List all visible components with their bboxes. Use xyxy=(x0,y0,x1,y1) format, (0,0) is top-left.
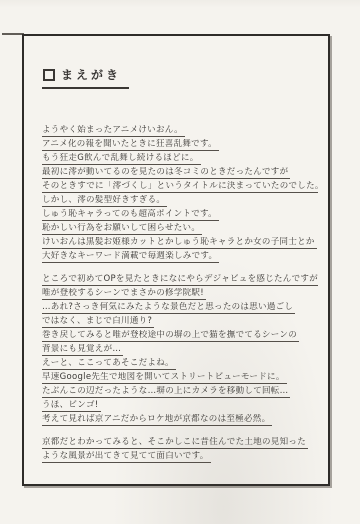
text-line: しかし、澪の髪型好きすぎる。 xyxy=(42,195,167,207)
text-line: 京都だとわかってみると、そこかしこに昔住んでた土地の見知った xyxy=(42,437,308,449)
text-line: 早速Google先生で地図を開いてストリートビューモードに。 xyxy=(42,372,287,384)
text-line: アニメ化の報を聞いたときに狂喜乱舞です。 xyxy=(42,139,219,151)
text-line: ような風景が出てきて見てて面白いです。 xyxy=(42,451,211,463)
page-title: まえがき xyxy=(42,66,129,89)
text-line: …あれ?さっき何気にみたような景色だと思ったのは思い過ごし xyxy=(42,302,295,314)
text-line: 最初に澪が動いてるのを見たのは冬コミのときだったんですが xyxy=(42,167,290,179)
paragraph-1: ようやく始まったアニメけいおん。 アニメ化の報を聞いたときに狂喜乱舞です。 もう… xyxy=(42,125,316,263)
text-line: けいおんは黒髪お姫様カットとかしゅう恥キャラとか女の子同士とか xyxy=(42,237,317,249)
text-line: 恥かしい行為をお願いして困らせたい。 xyxy=(42,223,202,235)
text-line: うほ、ビンゴ! xyxy=(42,400,101,412)
paragraph-3: 京都だとわかってみると、そこかしこに昔住んでた土地の見知った ような風景が出てき… xyxy=(42,437,316,463)
text-line: 背景にも見覚えが… xyxy=(42,344,123,356)
text-line: ようやく始まったアニメけいおん。 xyxy=(42,125,185,137)
text-line: 大好きなキーワード満載で毎週楽しみです。 xyxy=(42,251,219,263)
paragraph-2: ところで初めてOPを見たときになにやらデジャビュを感じたんですが 唯が登校するシ… xyxy=(42,274,316,426)
scan-artifact-line xyxy=(2,33,24,35)
text-line: ところで初めてOPを見たときになにやらデジャビュを感じたんですが xyxy=(42,274,318,286)
text-line: そのときすでに「澪づくし」というタイトルに決まっていたのでした。 xyxy=(42,181,318,193)
text-line: 巻き戻してみると唯が登校途中の塀の上で猫を撫でてるシーンの xyxy=(42,330,299,342)
page-title-text: まえがき xyxy=(61,66,121,83)
text-line: えーと、ここってあそこだよね。 xyxy=(42,358,176,370)
text-line: もう狂走G飲んで乱舞し続けるほどに。 xyxy=(42,153,201,165)
scanned-page: まえがき ようやく始まったアニメけいおん。 アニメ化の報を聞いたときに狂喜乱舞で… xyxy=(0,0,360,524)
text-line: ではなく、まじで白川通り? xyxy=(42,316,154,328)
page-border-frame: まえがき ようやく始まったアニメけいおん。 アニメ化の報を聞いたときに狂喜乱舞で… xyxy=(22,34,330,486)
text-line: しゅう恥キャラってのも超高ポイントです。 xyxy=(42,209,219,221)
text-line: 考えて見れば京アニだからロケ地が京都なのは至極必然。 xyxy=(42,414,272,426)
text-line: 唯が登校するシーンでまさかの修学院駅! xyxy=(42,288,206,300)
square-bullet-icon xyxy=(43,69,55,81)
preface-body: ようやく始まったアニメけいおん。 アニメ化の報を聞いたときに狂喜乱舞です。 もう… xyxy=(42,125,316,463)
text-line: たぶんこの辺だったような…塀の上にカメラを移動して回転… xyxy=(42,386,290,398)
